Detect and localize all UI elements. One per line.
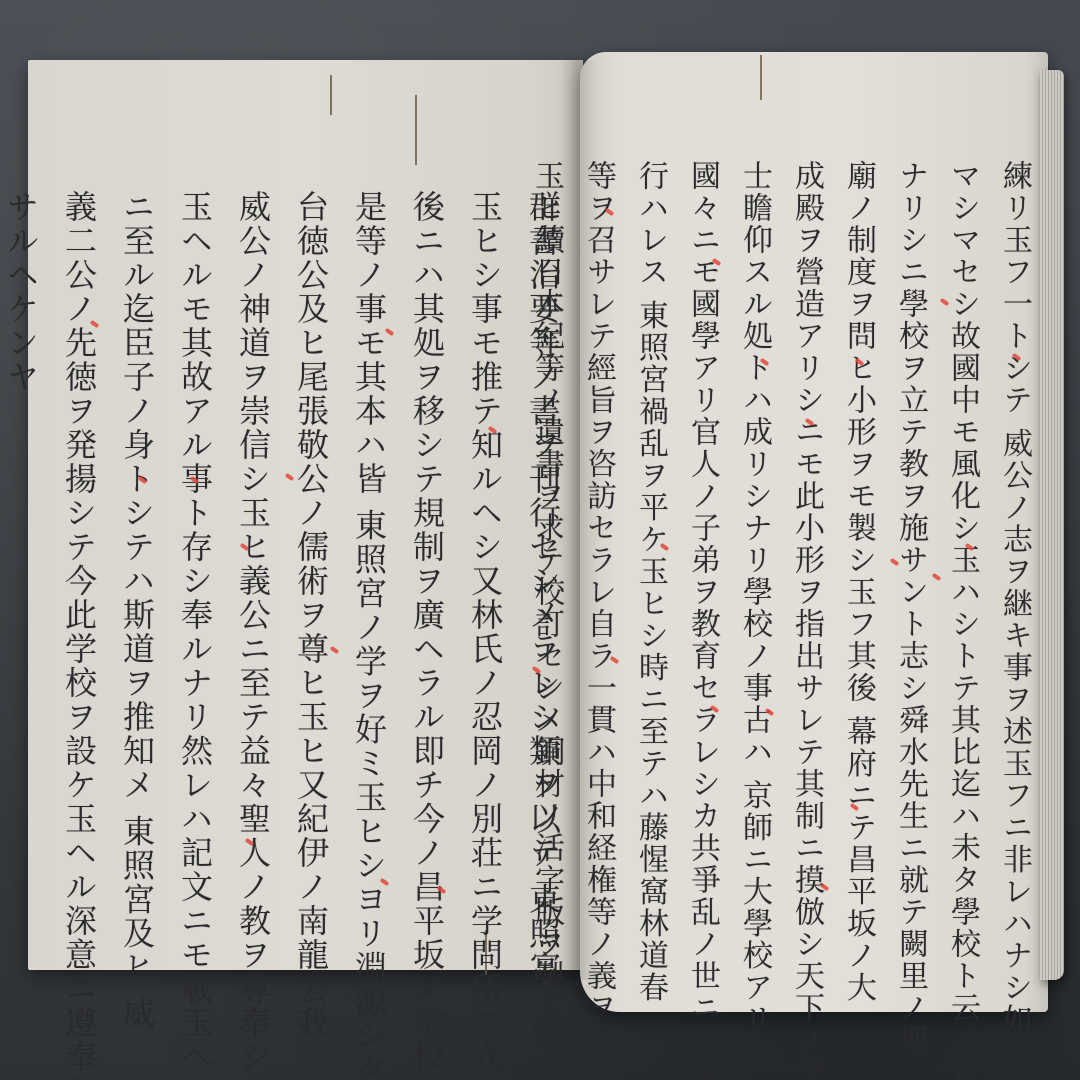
text-column: 義二公ノ先徳ヲ発揚シテ今此学校ヲ設ケ玉ヘル深意ニ遵奉セ — [50, 190, 108, 950]
paper-tear — [760, 55, 762, 100]
text-column: 士瞻仰スル処トハ成リシナリ學校ノ事古ハ 京師ニ大學校アリ — [728, 160, 780, 960]
text-column: 玉ヒシ事モ推テ知ルヘシ又林氏ノ忍岡ノ別荘ニ学問所ヲ立タリシモ — [456, 190, 514, 950]
text-column: ニ至ル迄臣子ノ身トシテハ斯道ヲ推知メ 東照宮及ヒ 威 — [108, 190, 166, 950]
text-column: マシマセシ故國中モ風化シ玉ハシトテ其比迄ハ未タ學校ト云フ世稀 — [936, 160, 988, 960]
right-page-text: 練リ玉フ一トシテ 威公ノ志ヲ継キ事ヲ述玉フニ非レハナシ如此卓見 マシマセシ故國中… — [578, 160, 1040, 960]
text-column: 練リ玉フ一トシテ 威公ノ志ヲ継キ事ヲ述玉フニ非レハナシ如此卓見 — [988, 160, 1040, 960]
text-column: サルヘケンヤ — [0, 190, 50, 950]
text-column: 等ヲ召サレテ經旨ヲ咨訪セラレ自ラ一貫ハ中和経権等ノ義ヲ論シ — [572, 160, 624, 960]
text-column: 是等ノ事モ其本ハ皆 東照宮ノ学ヲ好ミ玉ヒシヨリ淵源シタルナレハ — [340, 190, 398, 950]
text-column: 玉ヘルモ其故アル事ト存シ奉ルナリ然レハ記文ニモ載玉ヘルカ如ク今日 — [166, 190, 224, 950]
paper-tear — [415, 95, 417, 165]
text-column: 威公ノ神道ヲ崇信シ玉ヒ義公ニ至テ益々聖人ノ教ヲ尊奉シ — [224, 190, 282, 950]
text-column: 後ニハ其処ヲ移シテ規制ヲ廣ヘラル即チ今ノ昌平坂ノ学校ナリ — [398, 190, 456, 950]
text-column: 群書治要等ノ書ヲ刊行セシメラレシ類ヲ以テ 東照宮ノ學ヲ好ミ — [514, 190, 572, 950]
text-column: 廟ノ制度ヲ問ヒ小形ヲモ製シ玉フ其後 幕府ニテ昌平坂ノ大 — [832, 160, 884, 960]
paper-tear — [330, 75, 332, 115]
left-page-text: 群書治要等ノ書ヲ刊行セシメラレシ類ヲ以テ 東照宮ノ學ヲ好ミ 玉ヒシ事モ推テ知ルヘ… — [50, 190, 572, 950]
text-column: 國々ニモ國學アリ官人ノ子弟ヲ教育セラレシカ共爭乱ノ世ニハ廃シテ — [676, 160, 728, 960]
page-stack-edge — [1040, 70, 1064, 980]
text-column: 行ハレス 東照宮禍乱ヲ平ケ玉ヒシ時ニ至テハ藤惺窩林道春 — [624, 160, 676, 960]
text-column: 台徳公及ヒ尾張敬公ノ儒術ヲ尊ヒ玉ヒ又紀伊ノ南龍公我 — [282, 190, 340, 950]
text-column: 成殿ヲ營造アリシニモ此小形ヲ指出サレテ其制ニ摸倣シ天下ノ學 — [780, 160, 832, 960]
